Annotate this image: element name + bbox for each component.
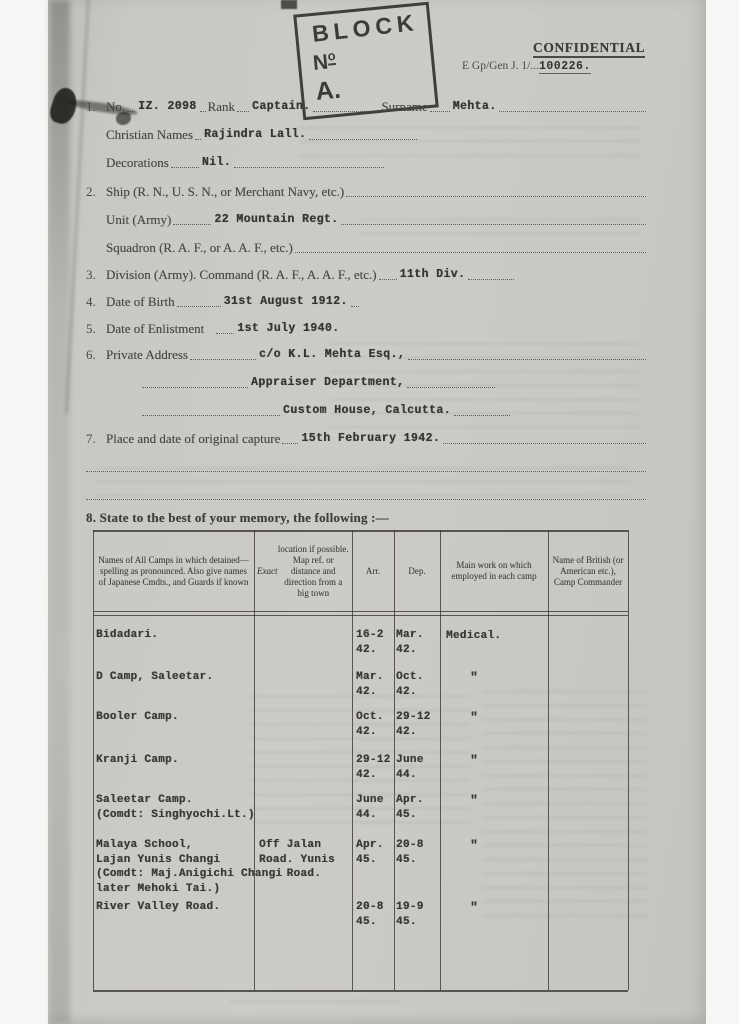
form-line (86, 484, 646, 502)
form-line: DecorationsNil. (86, 152, 646, 170)
table-header-work: Main work on which employed in each camp (443, 530, 545, 612)
dotted-leader (408, 356, 646, 360)
table-header-arrived: Arr. (355, 530, 391, 612)
typed-entry: 15th February 1942. (298, 431, 443, 446)
arrival-date: 16-242. (356, 628, 384, 657)
table-header-camps: Names of All Camps in which detained—spe… (96, 530, 251, 612)
reference-prefix: E Gp/Gen J. 1/ (462, 60, 530, 72)
form-label: Division (Army). Command (R. A. F., A. A… (104, 267, 379, 282)
dotted-leader (142, 412, 280, 416)
camp-location: Off JalanRoad. Yunis Road. (259, 838, 335, 882)
section8-heading: 8. State to the best of your memory, the… (86, 510, 389, 526)
dotted-leader (171, 164, 199, 168)
form-label: Squadron (R. A. F., or A. A. F., etc.) (104, 240, 295, 255)
ditto-mark: " (470, 753, 478, 768)
departure-date: Mar.42. (396, 628, 424, 657)
arrival-date: Mar.42. (356, 670, 384, 699)
dotted-leader (341, 221, 646, 225)
typed-entry: Mehta. (450, 99, 500, 114)
dotted-leader (282, 440, 298, 444)
dotted-leader (313, 108, 379, 112)
form-label: Ship (R. N., U. S. N., or Merchant Navy,… (104, 184, 346, 199)
form-line (86, 456, 646, 474)
dotted-leader (351, 303, 359, 307)
table-bottom-rule (93, 990, 628, 992)
table-header-location: Exact location if possible. Map ref. or … (257, 530, 349, 612)
reference-number: 100226. (539, 60, 591, 74)
dotted-leader (86, 496, 646, 500)
dotted-leader (173, 221, 211, 225)
reference-dots: ... (530, 60, 539, 72)
typed-entry: 11th Div. (397, 267, 469, 282)
ditto-mark: " (470, 710, 478, 725)
departure-date: Apr.45. (396, 793, 424, 822)
form-label: Private Address (104, 347, 190, 362)
ditto-mark: " (470, 670, 478, 685)
form-label: No. (104, 99, 127, 114)
stamp-word-block: BLOCK (311, 9, 420, 48)
departure-date: 29-1242. (396, 710, 431, 739)
form-label: Date of Enlistment (104, 321, 206, 336)
departure-date: Oct.42. (396, 670, 424, 699)
form-line: Custom House, Calcutta. (86, 400, 646, 418)
typed-entry: 22 Mountain Regt. (211, 212, 341, 227)
dotted-leader (407, 384, 495, 388)
form-item-number: 6. (86, 347, 104, 362)
form-line: 1.No.IZ. 2098RankCaptain.SurnameMehta. (86, 96, 646, 114)
camp-name: D Camp, Saleetar. (96, 670, 213, 685)
arrival-date: 29-1242. (356, 753, 391, 782)
form-line: Unit (Army)22 Mountain Regt. (86, 209, 646, 227)
ink-smudge (281, 0, 297, 9)
dotted-leader (295, 249, 646, 253)
ditto-mark: " (470, 793, 478, 808)
table-column-rule (628, 530, 629, 990)
ditto-mark: " (470, 838, 478, 853)
form-line: 2.Ship (R. N., U. S. N., or Merchant Nav… (86, 181, 646, 199)
ditto-mark: " (470, 900, 478, 915)
table-column-rule (394, 530, 395, 990)
arrival-date: June44. (356, 793, 384, 822)
camp-name: Malaya School,Lajan Yunis Changi(Comdt: … (96, 838, 282, 896)
arrival-date: 20-845. (356, 900, 384, 929)
table-header-commander: Name of British (or American etc.), Camp… (551, 530, 625, 612)
dotted-leader (499, 108, 646, 112)
dotted-leader (234, 164, 384, 168)
table-column-rule (548, 530, 549, 990)
typed-entry: Appraiser Department, (248, 375, 407, 390)
form-label: Place and date of original capture (104, 431, 282, 446)
form-line: Christian NamesRajindra Lall. (86, 124, 646, 142)
dotted-leader (216, 330, 234, 334)
work-entry: Medical. (446, 630, 501, 642)
typed-entry: Nil. (199, 155, 234, 170)
arrival-date: Apr.45. (356, 838, 384, 867)
typed-entry: 31st August 1912. (221, 294, 351, 309)
form-line: 3.Division (Army). Command (R. A. F., A.… (86, 264, 646, 282)
confidential-label: CONFIDENTIAL (533, 40, 645, 58)
departure-date: 20-845. (396, 838, 424, 867)
stamp-no-label: No (312, 48, 338, 76)
form-line: Appraiser Department, (86, 372, 646, 390)
dotted-leader (177, 303, 221, 307)
typed-entry: 1st July 1940. (234, 321, 342, 336)
dotted-leader (346, 193, 646, 197)
form-item-number: 5. (86, 321, 104, 336)
dotted-leader (454, 412, 510, 416)
form-line: 6.Private Addressc/o K.L. Mehta Esq., (86, 344, 646, 362)
form-label: Unit (Army) (104, 212, 173, 227)
camp-name: Booler Camp. (96, 710, 179, 725)
typed-entry: Captain. (249, 99, 313, 114)
form-label: Surname (379, 99, 429, 114)
reference-line: E Gp/Gen J. 1/...100226. (462, 60, 591, 73)
departure-date: June44. (396, 753, 424, 782)
dotted-leader (142, 384, 248, 388)
dotted-leader (468, 276, 514, 280)
typed-entry: Rajindra Lall. (201, 127, 309, 142)
camp-name: Kranji Camp. (96, 753, 179, 768)
form-item-number: 4. (86, 294, 104, 309)
dotted-leader (86, 468, 646, 472)
arrival-date: Oct.42. (356, 710, 384, 739)
dotted-leader (430, 108, 450, 112)
form-label: Christian Names (104, 127, 195, 142)
dotted-leader (127, 108, 135, 112)
dotted-leader (237, 108, 249, 112)
typed-entry: c/o K.L. Mehta Esq., (256, 347, 408, 362)
camp-name: Bidadari. (96, 628, 158, 643)
dotted-leader (190, 356, 256, 360)
departure-date: 19-945. (396, 900, 424, 929)
form-label: Date of Birth (104, 294, 177, 309)
table-header-departed: Dep. (397, 530, 437, 612)
typed-entry: Custom House, Calcutta. (280, 403, 454, 418)
form-line: 4.Date of Birth31st August 1912. (86, 291, 646, 309)
camp-name: Saleetar Camp.(Comdt: Singhyochi.Lt.) (96, 793, 255, 822)
scanned-document-page: BLOCK No A. CONFIDENTIAL E Gp/Gen J. 1/.… (0, 0, 739, 1024)
table-column-rule (352, 530, 353, 990)
camp-name: River Valley Road. (96, 900, 220, 915)
table-column-rule (440, 530, 441, 990)
typed-entry: IZ. 2098 (135, 99, 199, 114)
form-line: Squadron (R. A. F., or A. A. F., etc.) (86, 237, 646, 255)
form-item-number: 7. (86, 431, 104, 446)
form-line: 7.Place and date of original capture15th… (86, 428, 646, 446)
form-line: 5.Date of Enlistment1st July 1940. (86, 318, 646, 336)
form-label: Rank (206, 99, 237, 114)
dotted-leader (379, 276, 397, 280)
table-column-rule (93, 530, 94, 990)
left-fold-shadow (50, 0, 70, 1024)
form-item-number: 1. (86, 99, 104, 114)
form-item-number: 3. (86, 267, 104, 282)
dotted-leader (309, 136, 417, 140)
form-label: Decorations (104, 155, 171, 170)
dotted-leader (443, 440, 646, 444)
form-item-number: 2. (86, 184, 104, 199)
table-column-rule (254, 530, 255, 990)
